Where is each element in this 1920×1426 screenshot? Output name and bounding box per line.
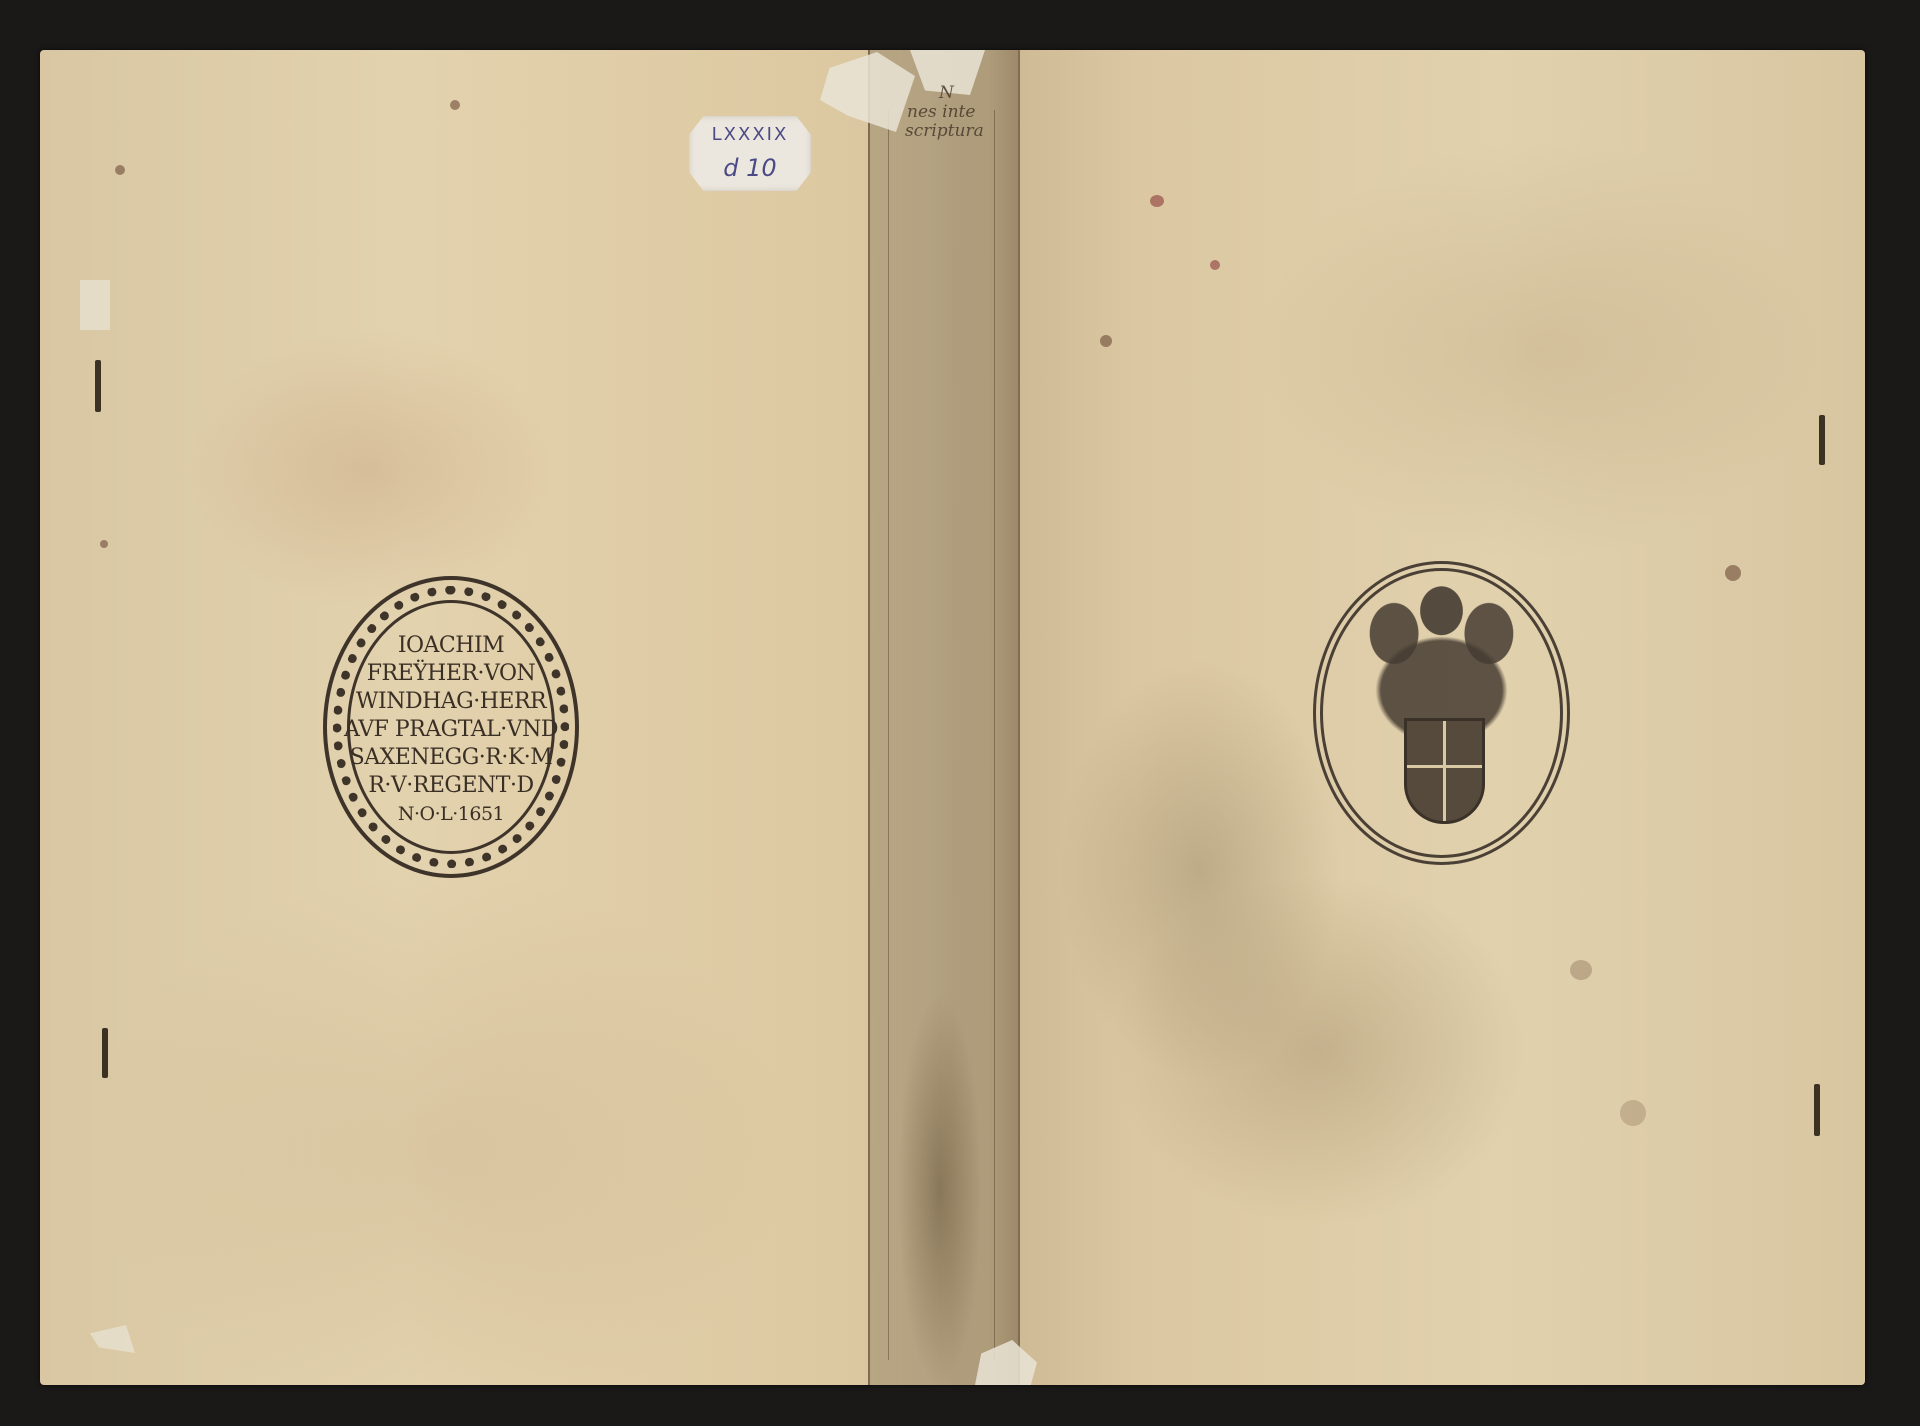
ownership-stamp: IOACHIM FREŸHER·VON WINDHAG·HERR AVF PRA…: [323, 576, 579, 878]
stamp-inscription: IOACHIM FREŸHER·VON WINDHAG·HERR AVF PRA…: [327, 632, 575, 828]
stamp-line: SAXENEGG·R·K·M: [327, 744, 575, 772]
stain-spot: [1210, 260, 1220, 270]
stain-spot: [1570, 960, 1592, 980]
shelfmark-line-2: d 10: [689, 154, 811, 182]
binding-stitch: [95, 360, 101, 412]
stain-spot: [450, 100, 460, 110]
spine-title-line: scriptura: [905, 122, 1025, 141]
binding-stitch: [102, 1028, 108, 1078]
stain-spot: [1100, 335, 1112, 347]
stamp-line: R·V·REGENT·D: [327, 772, 575, 800]
book-binding: [40, 50, 1865, 1385]
spine-title-line: nes inte: [905, 103, 1025, 122]
coat-of-arms-shield: [1404, 718, 1485, 824]
shelfmark-label: LXXXIX d 10: [689, 116, 811, 191]
binding-stitch: [1814, 1084, 1820, 1136]
stamp-line: WINDHAG·HERR: [327, 688, 575, 716]
book-spine: [868, 50, 1020, 1385]
torn-fragment: [80, 280, 110, 330]
stamp-line: N·O·L·1651: [327, 800, 575, 828]
stamp-line: FREŸHER·VON: [327, 660, 575, 688]
stamp-line: IOACHIM: [327, 632, 575, 660]
stain-spot: [1620, 1100, 1646, 1126]
spine-title: N nes inte scriptura: [905, 84, 1025, 141]
spine-fold-line: [888, 110, 889, 1360]
armorial-stamp: [1313, 561, 1570, 865]
binding-stitch: [1819, 415, 1825, 465]
spine-fold-line: [994, 110, 995, 1360]
spine-title-line: N: [905, 84, 1025, 103]
torn-fragment: [90, 1325, 135, 1353]
stain-spot: [1150, 195, 1164, 207]
stain-spot: [115, 165, 125, 175]
stain-spot: [100, 540, 108, 548]
shelfmark-line-1: LXXXIX: [689, 124, 811, 145]
stamp-line: AVF PRAGTAL·VND: [327, 716, 575, 744]
stain-spot: [1725, 565, 1741, 581]
